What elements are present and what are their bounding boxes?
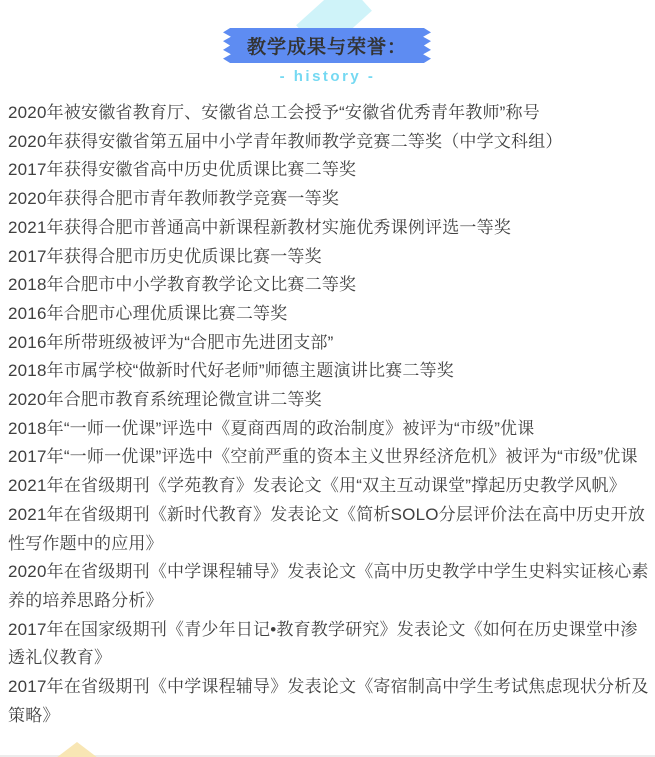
page-title: 教学成果与荣誉： — [247, 32, 407, 59]
achievement-list: 2020年被安徽省教育厅、安徽省总工会授予“安徽省优秀青年教师”称号 2020年… — [8, 99, 649, 730]
achievement-item: 2020年获得合肥市青年教师教学竞赛一等奖 — [8, 185, 649, 214]
achievement-item: 2020年合肥市教育系统理论微宣讲二等奖 — [8, 386, 649, 415]
achievement-item: 2017年获得合肥市历史优质课比赛一等奖 — [8, 243, 649, 272]
corner-triangle-decoration — [56, 742, 98, 757]
section-subtitle: - history - — [0, 68, 655, 85]
article-page: 教学成果与荣誉： - history - 2020年被安徽省教育厅、安徽省总工会… — [0, 0, 655, 757]
achievement-item: 2017年获得安徽省高中历史优质课比赛二等奖 — [8, 156, 649, 185]
achievement-item: 2016年所带班级被评为“合肥市先进团支部” — [8, 329, 649, 358]
section-header-ribbon: 教学成果与荣誉： — [223, 28, 431, 63]
achievement-item: 2017年在国家级期刊《青少年日记•教育教学研究》发表论文《如何在历史课堂中渗透… — [8, 616, 649, 673]
achievement-item: 2021年获得合肥市普通高中新课程新教材实施优秀课例评选一等奖 — [8, 214, 649, 243]
achievement-item: 2017年“一师一优课”评选中《空前严重的资本主义世界经济危机》被评为“市级”优… — [8, 443, 649, 472]
achievement-item: 2018年合肥市中小学教育教学论文比赛二等奖 — [8, 271, 649, 300]
achievement-item: 2021年在省级期刊《新时代教育》发表论文《简析SOLO分层评价法在高中历史开放… — [8, 501, 649, 558]
achievement-item: 2018年市属学校“做新时代好老师”师德主题演讲比赛二等奖 — [8, 357, 649, 386]
achievement-item: 2017年在省级期刊《中学课程辅导》发表论文《寄宿制高中学生考试焦虑现状分析及策… — [8, 673, 649, 730]
achievement-item: 2020年获得安徽省第五届中小学青年教师教学竞赛二等奖（中学文科组） — [8, 128, 649, 157]
achievement-item: 2016年合肥市心理优质课比赛二等奖 — [8, 300, 649, 329]
achievement-item: 2018年“一师一优课”评选中《夏商西周的政治制度》被评为“市级”优课 — [8, 415, 649, 444]
achievement-item: 2021年在省级期刊《学苑教育》发表论文《用“双主互动课堂”撑起历史教学风帆》 — [8, 472, 649, 501]
achievement-item: 2020年在省级期刊《中学课程辅导》发表论文《高中历史教学中学生史料实证核心素养… — [8, 558, 649, 615]
achievement-item: 2020年被安徽省教育厅、安徽省总工会授予“安徽省优秀青年教师”称号 — [8, 99, 649, 128]
